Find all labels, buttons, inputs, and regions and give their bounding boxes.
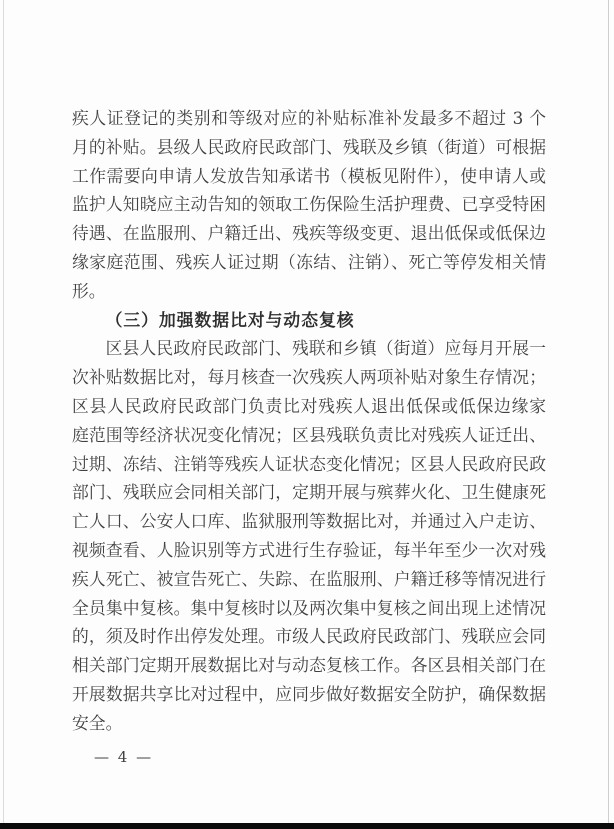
body-line: 相关部门定期开展数据比对与动态复核工作。各区县相关部门在 (72, 651, 546, 680)
body-line: 部门、残联应会同相关部门，定期开展与殡葬火化、卫生健康死 (72, 478, 546, 507)
scan-edge-left (3, 0, 4, 829)
body-line: 全员集中复核。集中复核时以及两次集中复核之间出现上述情况 (72, 594, 546, 623)
body-line: 月的补贴。县级人民政府民政部门、残联及乡镇（街道）可根据 (72, 133, 546, 162)
body-line: 区县人民政府民政部门负责比对残疾人退出低保或低保边缘家 (72, 392, 546, 421)
body-line: 庭范围等经济状况变化情况；区县残联负责比对残疾人证迁出、 (72, 421, 546, 450)
body-line: 亡人口、公安人口库、监狱服刑等数据比对，并通过入户走访、 (72, 507, 546, 536)
page-number: — 4 — (94, 748, 153, 766)
body-line: 次补贴数据比对，每月核查一次残疾人两项补贴对象生存情况； (72, 363, 546, 392)
body-line: 疾人死亡、被宣告死亡、失踪、在监服刑、户籍迁移等情况进行 (72, 565, 546, 594)
body-line: 待遇、在监服刑、户籍迁出、残疾等级变更、退出低保或低保边 (72, 219, 546, 248)
body-text: 疾人证登记的类别和等级对应的补贴标准补发最多不超过 3 个 月的补贴。县级人民政… (72, 104, 546, 738)
body-line: 区县人民政府民政部门、残联和乡镇（街道）应每月开展一 (72, 334, 546, 363)
body-line: 的，须及时作出停发处理。市级人民政府民政部门、残联应会同 (72, 622, 546, 651)
scan-bottom-bar (0, 823, 614, 829)
body-line: 开展数据共享比对过程中，应同步做好数据安全防护，确保数据 (72, 680, 546, 709)
body-line: 过期、冻结、注销等残疾人证状态变化情况；区县人民政府民政 (72, 450, 546, 479)
body-line: 安全。 (72, 709, 546, 738)
body-line: 监护人知晓应主动告知的领取工伤保险生活护理费、已享受特困 (72, 190, 546, 219)
section-heading: （三）加强数据比对与动态复核 (72, 306, 546, 335)
body-line: 视频查看、人脸识别等方式进行生存验证，每半年至少一次对残 (72, 536, 546, 565)
body-line: 缘家庭范围、残疾人证过期（冻结、注销）、死亡等停发相关情 (72, 248, 546, 277)
scan-edge-right (608, 0, 609, 829)
body-line: 形。 (72, 277, 546, 306)
document-page: 疾人证登记的类别和等级对应的补贴标准补发最多不超过 3 个 月的补贴。县级人民政… (0, 0, 614, 829)
body-line: 工作需要向申请人发放告知承诺书（模板见附件），使申请人或 (72, 162, 546, 191)
body-line: 疾人证登记的类别和等级对应的补贴标准补发最多不超过 3 个 (72, 104, 546, 133)
